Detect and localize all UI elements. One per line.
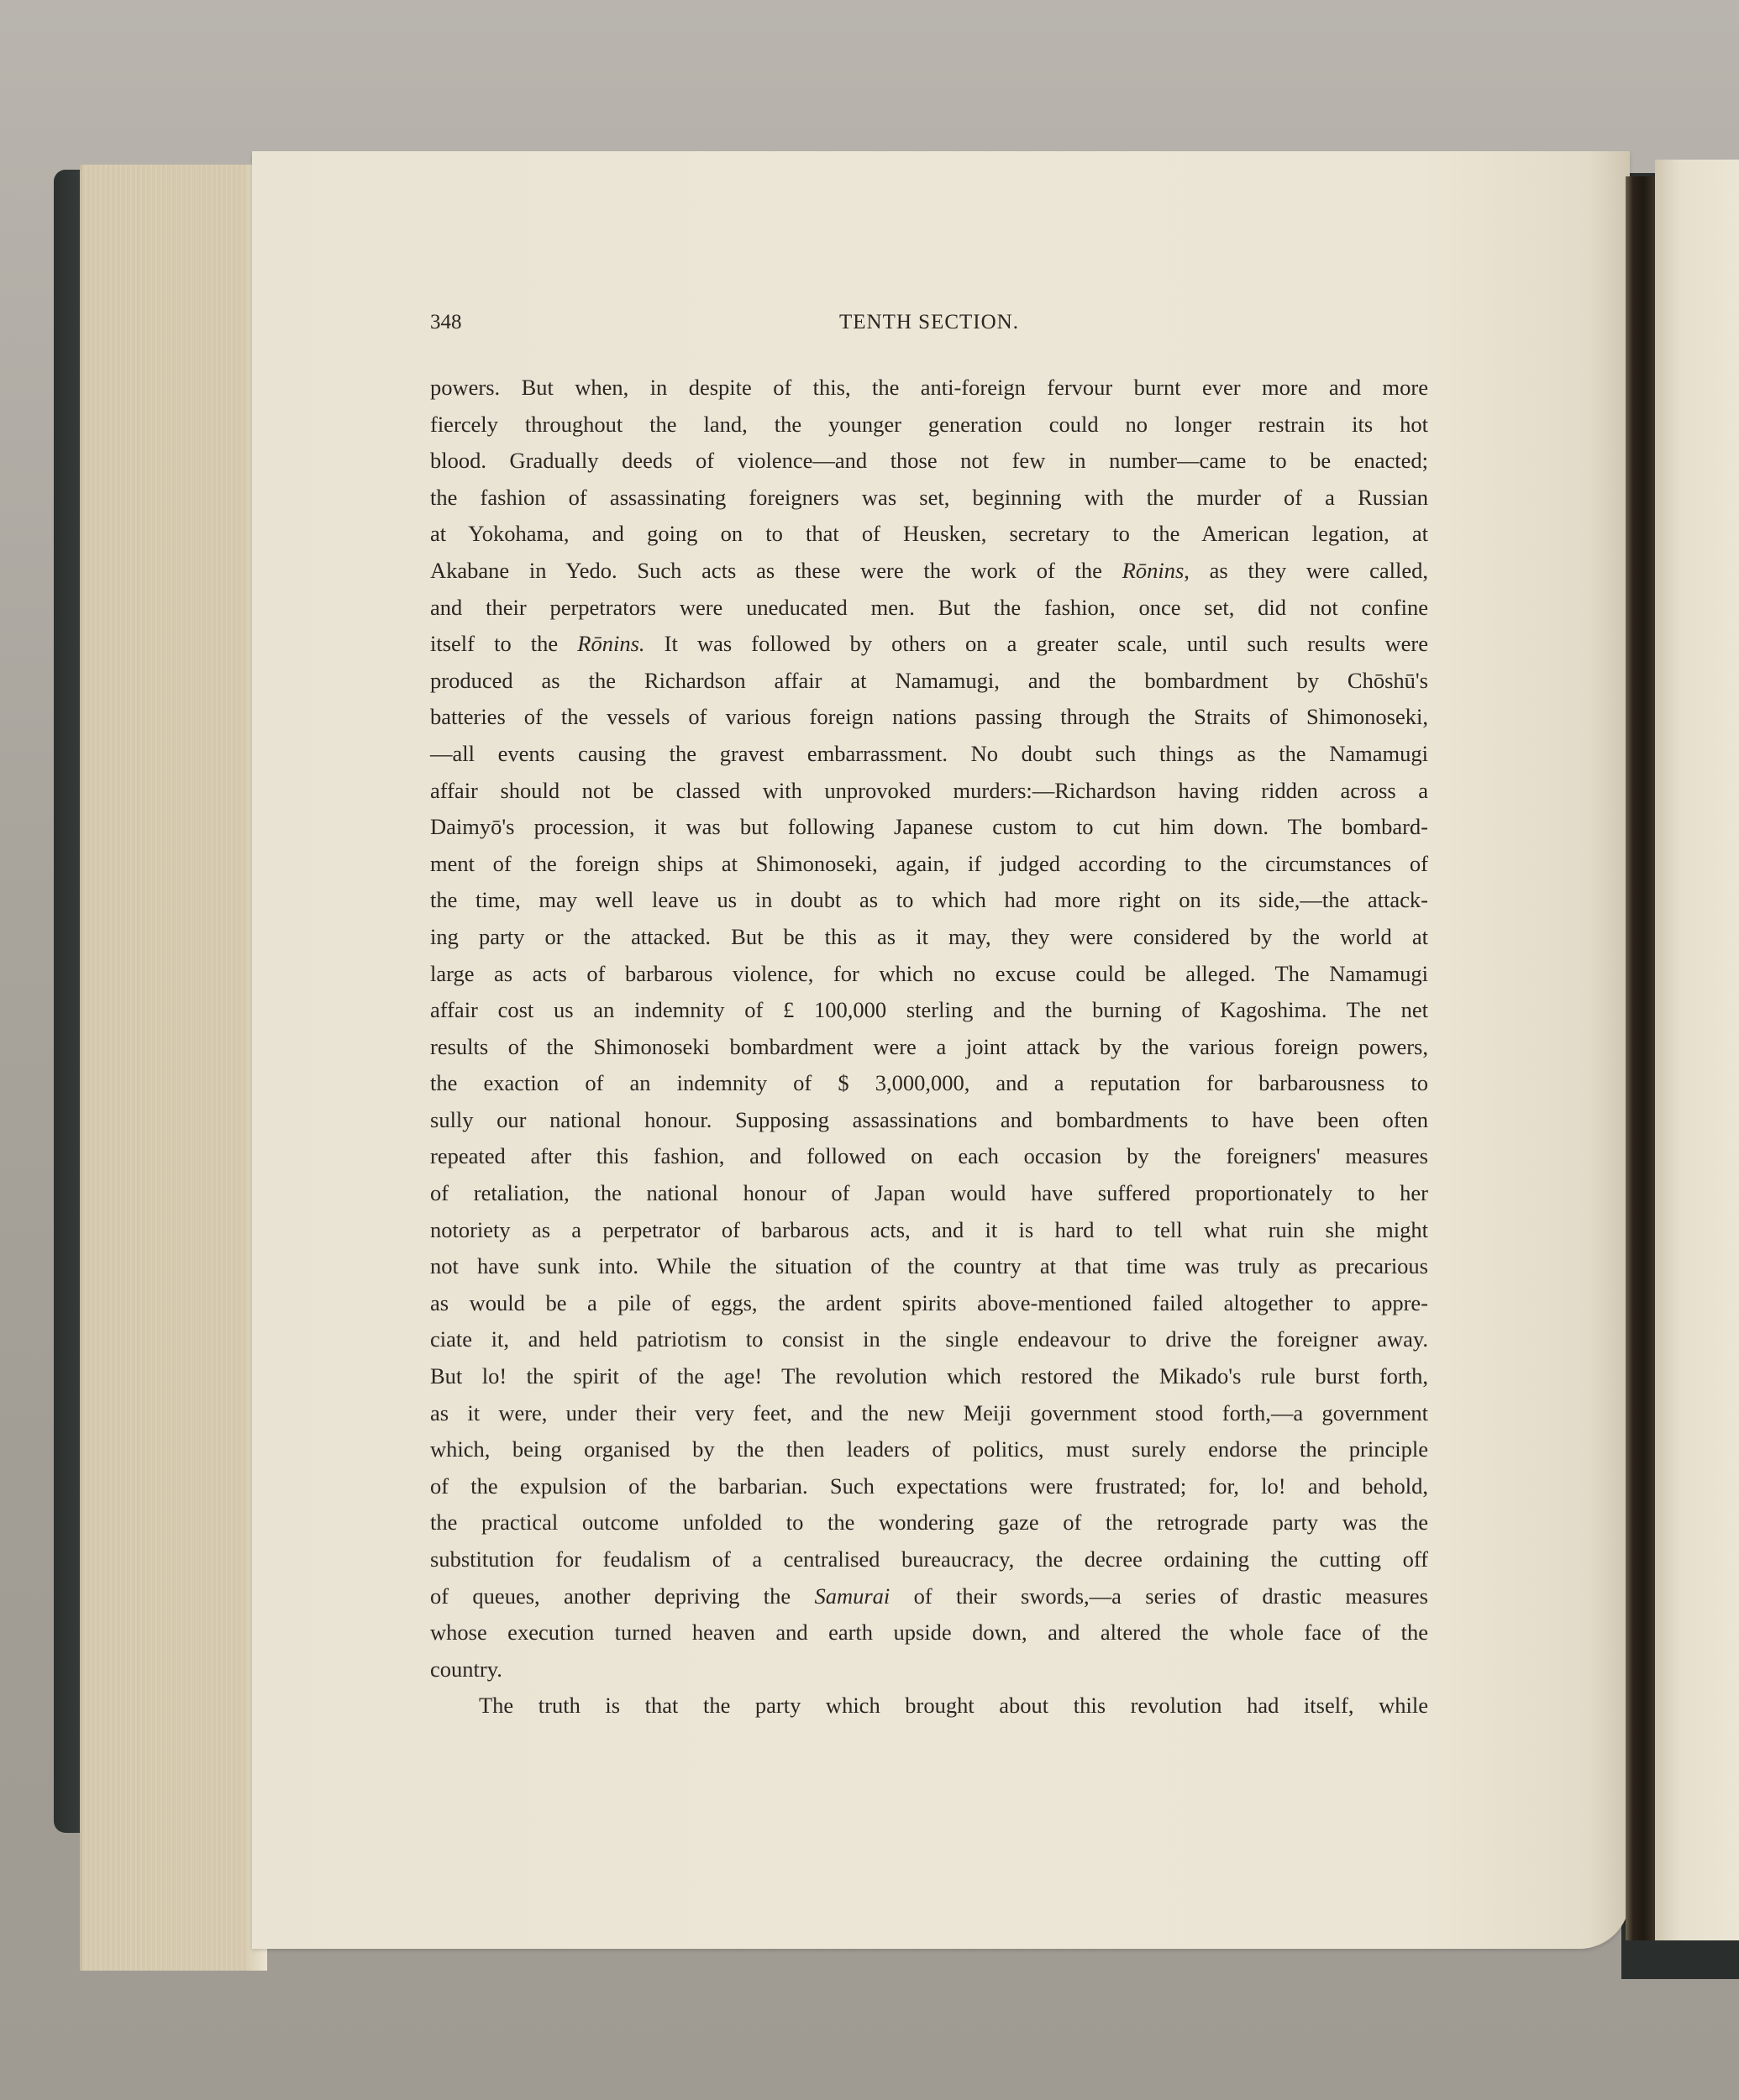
text-line: large as acts of barbarous violence, for… xyxy=(430,956,1428,993)
text-line: batteries of the vessels of various fore… xyxy=(430,699,1428,736)
text-line: results of the Shimonoseki bombardment w… xyxy=(430,1029,1428,1066)
text-line: the time, may well leave us in doubt as … xyxy=(430,882,1428,919)
text-line: the practical outcome unfolded to the wo… xyxy=(430,1504,1428,1541)
text-line: blood. Gradually deeds of violence—and t… xyxy=(430,443,1428,480)
text-line: as it were, under their very feet, and t… xyxy=(430,1395,1428,1432)
text-line: whose execution turned heaven and earth … xyxy=(430,1614,1428,1651)
text-line: at Yokohama, and going on to that of Heu… xyxy=(430,516,1428,553)
text-line: —all events causing the gravest embarras… xyxy=(430,736,1428,773)
text-line: affair cost us an indemnity of £ 100,000… xyxy=(430,992,1428,1029)
text-line: produced as the Richardson affair at Nam… xyxy=(430,663,1428,700)
text-line: of retaliation, the national honour of J… xyxy=(430,1175,1428,1212)
italic-term: Samurai xyxy=(814,1583,890,1609)
text-line: and their perpetrators were uneducated m… xyxy=(430,590,1428,627)
text-line: as would be a pile of eggs, the ardent s… xyxy=(430,1285,1428,1322)
book-gutter xyxy=(1626,176,1655,1940)
text-line: which, being organised by the then leade… xyxy=(430,1431,1428,1468)
text-line: country. xyxy=(430,1651,1428,1688)
text-line: the fashion of assassinating foreigners … xyxy=(430,480,1428,517)
italic-term: Rōnins. xyxy=(577,631,644,656)
page-edges-stack xyxy=(80,165,267,1971)
text-line: repeated after this fashion, and followe… xyxy=(430,1138,1428,1175)
text-line: sully our national honour. Supposing ass… xyxy=(430,1102,1428,1139)
text-line: ment of the foreign ships at Shimonoseki… xyxy=(430,846,1428,883)
italic-term: Rōnins xyxy=(1122,558,1185,583)
text-line: of queues, another depriving the Samurai… xyxy=(430,1578,1428,1615)
text-line: substitution for feudalism of a centrali… xyxy=(430,1541,1428,1578)
section-title: TENTH SECTION. xyxy=(430,311,1428,334)
text-line: ing party or the attacked. But be this a… xyxy=(430,919,1428,956)
text-line: powers. But when, in despite of this, th… xyxy=(430,370,1428,407)
text-line: not have sunk into. While the situation … xyxy=(430,1248,1428,1285)
text-line: The truth is that the party which brough… xyxy=(430,1688,1428,1725)
text-line: Daimyō's procession, it was but followin… xyxy=(430,809,1428,846)
text-line: itself to the Rōnins. It was followed by… xyxy=(430,626,1428,663)
text-line: of the expulsion of the barbarian. Such … xyxy=(430,1468,1428,1505)
text-line: affair should not be classed with unprov… xyxy=(430,773,1428,810)
text-line: fiercely throughout the land, the younge… xyxy=(430,407,1428,444)
facing-page-edge xyxy=(1655,160,1739,1940)
text-line: ciate it, and held patriotism to consist… xyxy=(430,1321,1428,1358)
text-line: But lo! the spirit of the age! The revol… xyxy=(430,1358,1428,1395)
text-line: Akabane in Yedo. Such acts as these were… xyxy=(430,553,1428,590)
text-line: the exaction of an indemnity of $ 3,000,… xyxy=(430,1065,1428,1102)
running-head: 348 TENTH SECTION. xyxy=(430,311,1428,344)
text-line: notoriety as a perpetrator of barbarous … xyxy=(430,1212,1428,1249)
body-text: powers. But when, in despite of this, th… xyxy=(430,370,1428,1725)
